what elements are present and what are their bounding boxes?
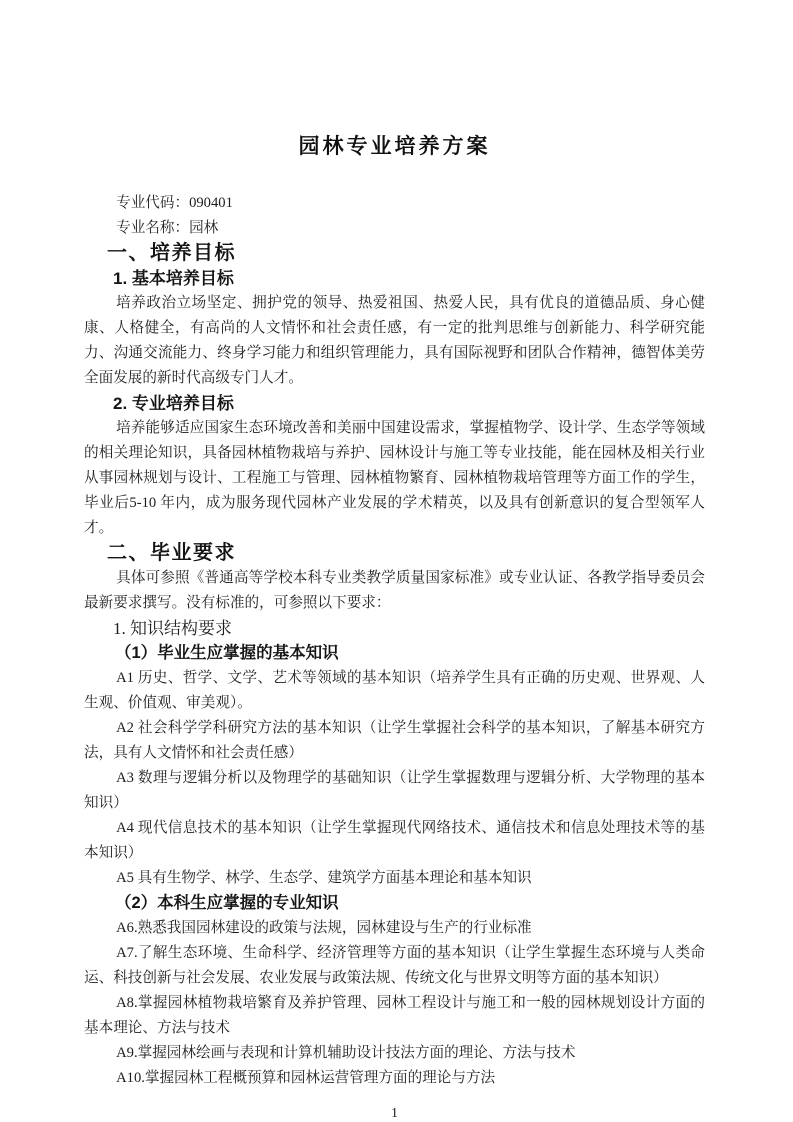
item-a1: A1 历史、哲学、文学、艺术等领域的基本知识（培养学生具有正确的历史观、世界观、… [84,666,705,716]
subheading-professional-training-objectives: 2. 专业培养目标 [84,391,705,416]
paragraph-professional-training-objectives: 培养能够适应国家生态环境改善和美丽中国建设需求，掌握植物学、设计学、生态学等领域… [84,416,705,541]
major-name-line: 专业名称：园林 [84,216,705,241]
paragraph-graduation-reference: 具体可参照《普通高等学校本科专业类教学质量国家标准》或专业认证、各教学指导委员会… [84,566,705,616]
item-a4: A4 现代信息技术的基本知识（让学生掌握现代网络技术、通信技术和信息处理技术等的… [84,816,705,866]
subheading-professional-knowledge: （2）本科生应掌握的专业知识 [84,891,705,916]
document-page: 园林专业培养方案 专业代码：090401 专业名称：园林 一、培养目标 1. 基… [0,0,793,1122]
item-a5: A5 具有生物学、林学、生态学、建筑学方面基本理论和基本知识 [84,866,705,891]
subheading-knowledge-structure: 1. 知识结构要求 [84,616,705,641]
item-a2: A2 社会科学学科研究方法的基本知识（让学生掌握社会科学的基本知识，了解基本研究… [84,716,705,766]
heading-training-objectives: 一、培养目标 [84,241,705,266]
item-a6: A6.熟悉我国园林建设的政策与法规，园林建设与生产的行业标准 [84,916,705,941]
item-a3: A3 数理与逻辑分析以及物理学的基础知识（让学生掌握数理与逻辑分析、大学物理的基… [84,766,705,816]
item-a8: A8.掌握园林植物栽培繁育及养护管理、园林工程设计与施工和一般的园林规划设计方面… [84,991,705,1041]
item-a9: A9.掌握园林绘画与表现和计算机辅助设计技法方面的理论、方法与技术 [84,1041,705,1066]
item-a10: A10.掌握园林工程概预算和园林运营管理方面的理论与方法 [84,1066,705,1091]
item-a7: A7.了解生态环境、生命科学、经济管理等方面的基本知识（让学生掌握生态环境与人类… [84,941,705,991]
subheading-basic-training-objectives: 1. 基本培养目标 [84,266,705,291]
major-code-line: 专业代码：090401 [84,191,705,216]
page-number: 1 [84,1101,705,1122]
document-title: 园林专业培养方案 [84,134,705,160]
paragraph-basic-training-objectives: 培养政治立场坚定、拥护党的领导、热爱祖国、热爱人民，具有优良的道德品质、身心健康… [84,291,705,391]
subheading-basic-knowledge: （1）毕业生应掌握的基本知识 [84,641,705,666]
heading-graduation-requirements: 二、毕业要求 [84,541,705,566]
